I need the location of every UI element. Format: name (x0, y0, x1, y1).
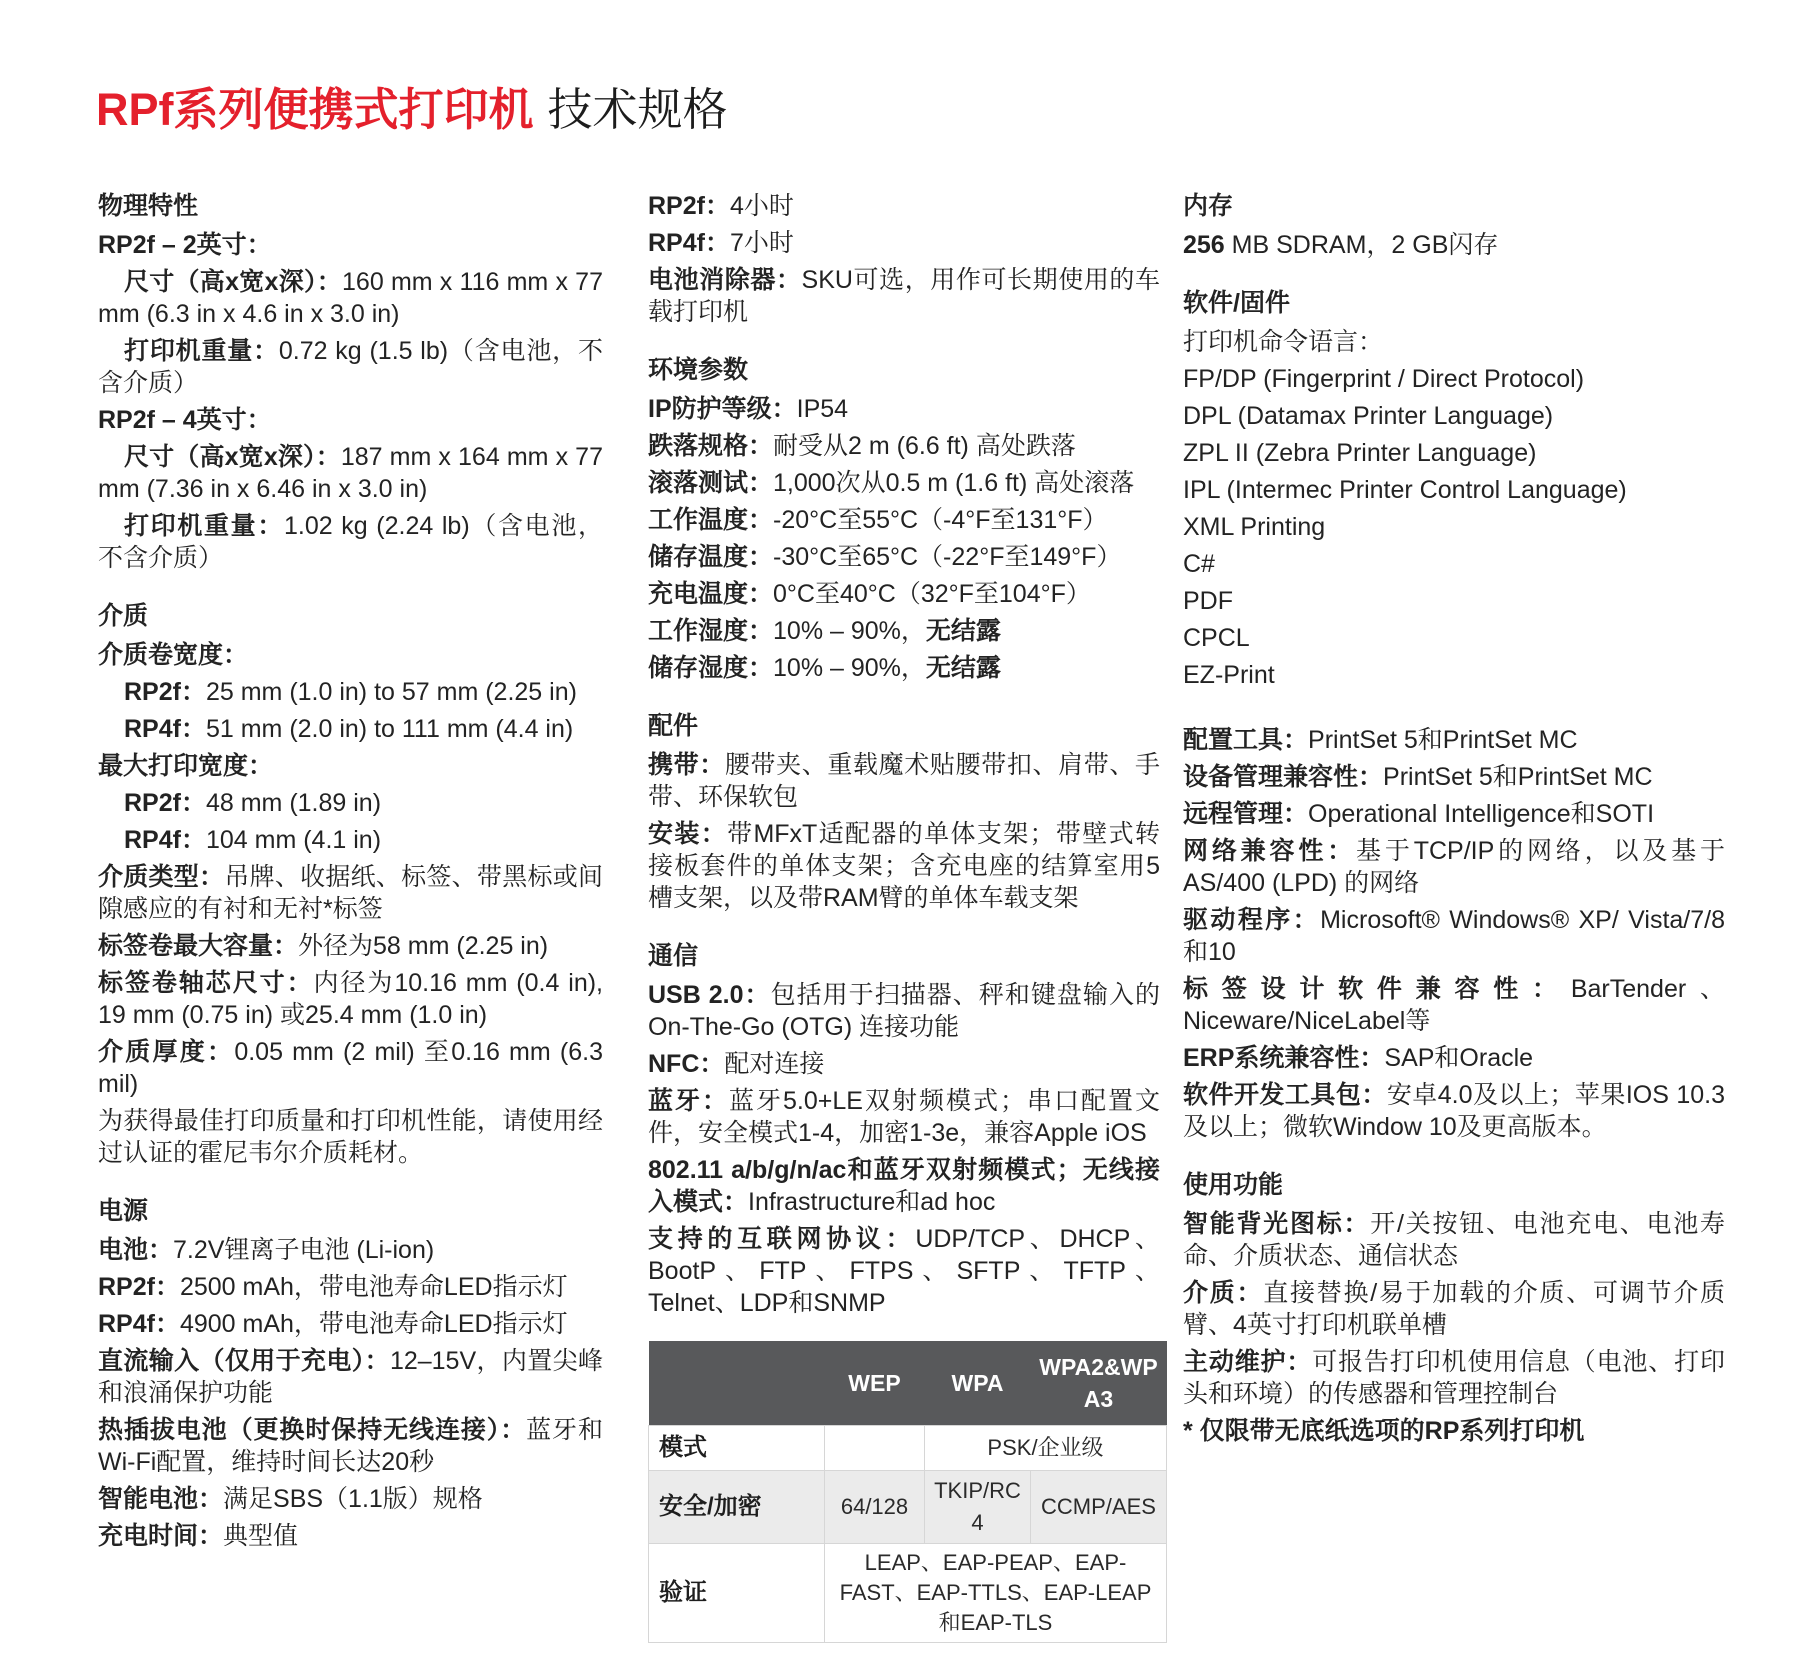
table-body: 模式PSK/企业级安全/加密64/128TKIP/RC4CCMP/AES验证LE… (649, 1426, 1167, 1643)
spec-value: FP/DP (Fingerprint / Direct Protocol) (1183, 365, 1584, 393)
spec-label: 直流输入（仅用于充电）： (98, 1347, 390, 1375)
spec-item: 蓝牙：蓝牙5.0+LE双射频模式；串口配置文件，安全模式1-4，加密1-3e，兼… (648, 1085, 1160, 1149)
column-right: 内存256 MB SDRAM，2 GB闪存软件/固件打印机命令语言：FP/DP … (1183, 190, 1725, 1452)
spec-label: 电池： (98, 1236, 173, 1264)
spec-label: RP2f： (98, 1273, 180, 1301)
spec-label: 介质厚度： (98, 1038, 234, 1066)
table-header-cell: WEP (825, 1341, 925, 1426)
spec-item: 电池消除器：SKU可选，用作可长期使用的车载打印机 (648, 264, 1160, 328)
spec-item: 尺寸（高x宽x深）：160 mm x 116 mm x 77 mm (6.3 i… (98, 266, 603, 330)
spec-label: 电池消除器： (648, 266, 802, 294)
spec-item: 介质卷宽度： (98, 639, 603, 671)
spec-item: EZ-Print (1183, 659, 1725, 691)
spec-item: IP防护等级：IP54 (648, 393, 1160, 425)
spec-value: DPL (Datamax Printer Language) (1183, 402, 1553, 430)
spec-item: 跌落规格：耐受从2 m (6.6 ft) 高处跌落 (648, 430, 1160, 462)
spec-value: 10% – 90%， (773, 617, 926, 645)
table-head: WEPWPAWPA2&WPA3 (649, 1341, 1167, 1426)
spec-item: 介质：直接替换/易于加载的介质、可调节介质臂、4英寸打印机联单槽 (1183, 1277, 1725, 1341)
spec-item: RP4f：4900 mAh，带电池寿命LED指示灯 (98, 1308, 603, 1340)
spec-value: 7.2V锂离子电池 (Li-ion) (173, 1236, 434, 1264)
spec-item: 802.11 a/b/g/n/ac和蓝牙双射频模式；无线接入模式：Infrast… (648, 1154, 1160, 1218)
spec-label: 安装： (648, 820, 727, 848)
spec-label: 网络兼容性： (1183, 837, 1356, 865)
spec-label: 充电温度： (648, 580, 773, 608)
spec-label: 介质类型： (98, 863, 224, 891)
spec-label: RP4f： (648, 229, 730, 257)
spec-label: RP2f – 4英寸： (98, 406, 272, 434)
spec-item: 滚落测试：1,000次从0.5 m (1.6 ft) 高处滚落 (648, 467, 1160, 499)
spec-item: 标签设计软件兼容性：BarTender、Niceware/NiceLabel等 (1183, 973, 1725, 1037)
spec-item: 设备管理兼容性：PrintSet 5和PrintSet MC (1183, 761, 1725, 793)
table-header-row: WEPWPAWPA2&WPA3 (649, 1341, 1167, 1426)
spec-value: Infrastructure和ad hoc (748, 1188, 995, 1216)
section-heading: 内存 (1183, 190, 1725, 222)
spec-label: 充电时间： (98, 1522, 223, 1550)
spec-item: 打印机重量：0.72 kg (1.5 lb)（含电池，不含介质） (98, 335, 603, 399)
spec-item: 软件开发工具包：安卓4.0及以上；苹果IOS 10.3及以上；微软Window … (1183, 1079, 1725, 1143)
spacer (1183, 696, 1725, 724)
spec-value: 配对连接 (724, 1050, 824, 1078)
spec-item: FP/DP (Fingerprint / Direct Protocol) (1183, 363, 1725, 395)
spec-item: CPCL (1183, 622, 1725, 654)
spec-value: 10% – 90%， (773, 654, 926, 682)
spec-value: 104 mm (4.1 in) (206, 826, 381, 854)
spec-label: 设备管理兼容性： (1183, 763, 1383, 791)
spec-value: 打印机命令语言： (1183, 328, 1383, 356)
spec-item: 携带：腰带夹、重载魔术贴腰带扣、肩带、手带、环保软包 (648, 749, 1160, 813)
spec-label: 配置工具： (1183, 726, 1308, 754)
spec-value: CPCL (1183, 624, 1250, 652)
spec-label: RP4f： (124, 826, 206, 854)
spec-label: NFC： (648, 1050, 724, 1078)
section-heading: 物理特性 (98, 190, 603, 222)
table-header-cell (649, 1341, 825, 1426)
spec-item: 工作温度：-20°C至55°C（-4°F至131°F） (648, 504, 1160, 536)
section-heading: 软件/固件 (1183, 287, 1725, 319)
spec-label: * 仅限带无底纸选项的RP系列打印机 (1183, 1417, 1584, 1445)
table-cell: CCMP/AES (1031, 1471, 1167, 1544)
page-title-suffix: 技术规格 (548, 84, 728, 135)
spec-item: 网络兼容性：基于TCP/IP的网络，以及基于AS/400 (LPD) 的网络 (1183, 835, 1725, 899)
spec-label: 标签设计软件兼容性： (1183, 975, 1571, 1003)
table-cell: PSK/企业级 (925, 1426, 1167, 1471)
spec-item: RP4f：51 mm (2.0 in) to 111 mm (4.4 in) (98, 713, 603, 745)
table-row-label: 安全/加密 (649, 1471, 825, 1544)
spec-value: PDF (1183, 587, 1233, 615)
spec-label: 驱动程序： (1183, 906, 1320, 934)
spec-label: RP2f – 2英寸： (98, 231, 272, 259)
spec-label: 滚落测试： (648, 469, 773, 497)
spec-value: 直接替换/易于加载的介质、可调节介质臂、4英寸打印机联单槽 (1183, 1279, 1725, 1339)
spec-item: 热插拔电池（更换时保持无线连接）：蓝牙和Wi-Fi配置，维持时间长达20秒 (98, 1414, 603, 1478)
table-row: 安全/加密64/128TKIP/RC4CCMP/AES (649, 1471, 1167, 1544)
spec-value: 腰带夹、重载魔术贴腰带扣、肩带、手带、环保软包 (648, 751, 1160, 811)
spec-label: 打印机重量： (124, 337, 279, 365)
spec-value: 51 mm (2.0 in) to 111 mm (4.4 in) (206, 715, 573, 743)
column-middle: RP2f：4小时RP4f：7小时电池消除器：SKU可选，用作可长期使用的车载打印… (648, 190, 1160, 1643)
spec-item: 介质类型：吊牌、收据纸、标签、带黑标或间隙感应的有衬和无衬*标签 (98, 861, 603, 925)
spec-label: 尺寸（高x宽x深）： (124, 443, 341, 471)
section-heading: 使用功能 (1183, 1169, 1725, 1201)
spec-item: 最大打印宽度： (98, 750, 603, 782)
spec-value: 耐受从2 m (6.6 ft) 高处跌落 (773, 432, 1076, 460)
spec-label: 支持的互联网协议： (648, 1225, 915, 1253)
spec-label: RP4f： (124, 715, 206, 743)
spec-item: 储存湿度：10% – 90%，无结露 (648, 652, 1160, 684)
spec-item: 打印机重量：1.02 kg (2.24 lb)（含电池，不含介质） (98, 510, 603, 574)
spec-item: RP2f：48 mm (1.89 in) (98, 787, 603, 819)
table-cell: 64/128 (825, 1471, 925, 1544)
spec-label: 智能背光图标： (1183, 1210, 1370, 1238)
spec-label: 主动维护： (1183, 1348, 1312, 1376)
spec-value: -30°C至65°C（-22°F至149°F） (773, 543, 1121, 571)
spec-item: 打印机命令语言： (1183, 326, 1725, 358)
spec-item: 远程管理：Operational Intelligence和SOTI (1183, 798, 1725, 830)
spec-label: 工作湿度： (648, 617, 773, 645)
spec-value: MB SDRAM，2 GB闪存 (1225, 231, 1499, 259)
spec-item: 充电温度：0°C至40°C（32°F至104°F） (648, 578, 1160, 610)
spec-value: ZPL II (Zebra Printer Language) (1183, 439, 1536, 467)
spec-value: C# (1183, 550, 1215, 578)
spec-item: RP2f：4小时 (648, 190, 1160, 222)
spec-label: 无结露 (926, 617, 1001, 645)
spec-label: 工作温度： (648, 506, 773, 534)
table-row: 模式PSK/企业级 (649, 1426, 1167, 1471)
spec-label: 打印机重量： (124, 512, 284, 540)
table-header-cell: WPA2&WPA3 (1031, 1341, 1167, 1426)
section-heading: 环境参数 (648, 354, 1160, 386)
spec-value: 外径为58 mm (2.25 in) (298, 932, 548, 960)
spec-item: RP2f – 4英寸： (98, 404, 603, 436)
spec-label: 储存湿度： (648, 654, 773, 682)
spec-item: * 仅限带无底纸选项的RP系列打印机 (1183, 1415, 1725, 1447)
spec-value: 4小时 (730, 192, 794, 220)
spec-label: 携带： (648, 751, 725, 779)
spec-item: 配置工具：PrintSet 5和PrintSet MC (1183, 724, 1725, 756)
spec-value: SAP和Oracle (1384, 1044, 1533, 1072)
spec-value: IPL (Intermec Printer Control Language) (1183, 476, 1627, 504)
spec-value: EZ-Print (1183, 661, 1275, 689)
spec-label: RP2f： (648, 192, 730, 220)
spec-label: RP4f： (98, 1310, 180, 1338)
spec-value: 0°C至40°C（32°F至104°F） (773, 580, 1091, 608)
spec-item: RP2f – 2英寸： (98, 229, 603, 261)
spec-item: RP2f：2500 mAh，带电池寿命LED指示灯 (98, 1271, 603, 1303)
spec-value: 2500 mAh，带电池寿命LED指示灯 (180, 1273, 568, 1301)
spec-item: 安装：带MFxT适配器的单体支架；带壁式转接板套件的单体支架；含充电座的结算室用… (648, 818, 1160, 914)
spec-label: IP防护等级： (648, 395, 797, 423)
spec-label: 跌落规格： (648, 432, 773, 460)
spec-label: 尺寸（高x宽x深）： (124, 268, 342, 296)
table-row: 验证LEAP、EAP-PEAP、EAP-FAST、EAP-TTLS、EAP-LE… (649, 1544, 1167, 1643)
spec-item: 支持的互联网协议：UDP/TCP、DHCP、BootP、FTP、FTPS、SFT… (648, 1223, 1160, 1319)
spec-value: PrintSet 5和PrintSet MC (1383, 763, 1653, 791)
spec-value: 7小时 (730, 229, 794, 257)
spec-item: 主动维护：可报告打印机使用信息（电池、打印头和环境）的传感器和管理控制台 (1183, 1346, 1725, 1410)
spec-label: 介质卷宽度： (98, 641, 248, 669)
spec-label: USB 2.0： (648, 981, 771, 1009)
spec-label: 软件开发工具包： (1183, 1081, 1387, 1109)
spec-value: 4900 mAh，带电池寿命LED指示灯 (180, 1310, 568, 1338)
spec-item: ZPL II (Zebra Printer Language) (1183, 437, 1725, 469)
spec-item: 储存温度：-30°C至65°C（-22°F至149°F） (648, 541, 1160, 573)
wifi-security-table: WEPWPAWPA2&WPA3模式PSK/企业级安全/加密64/128TKIP/… (648, 1341, 1167, 1643)
table-header-cell: WPA (925, 1341, 1031, 1426)
spec-label: RP2f： (124, 678, 206, 706)
spec-item: 直流输入（仅用于充电）：12–15V，内置尖峰和浪涌保护功能 (98, 1345, 603, 1409)
section-heading: 配件 (648, 710, 1160, 742)
column-left: 物理特性RP2f – 2英寸：尺寸（高x宽x深）：160 mm x 116 mm… (98, 190, 603, 1557)
table-cell (825, 1426, 925, 1471)
spec-item: 智能背光图标：开/关按钮、电池充电、电池寿命、介质状态、通信状态 (1183, 1208, 1725, 1272)
page-title-product: RPf系列便携式打印机 (96, 84, 534, 135)
spec-value: 1,000次从0.5 m (1.6 ft) 高处滚落 (773, 469, 1134, 497)
spec-item: RP4f：7小时 (648, 227, 1160, 259)
section-heading: 通信 (648, 940, 1160, 972)
spec-item: XML Printing (1183, 511, 1725, 543)
spec-label: 蓝牙： (648, 1087, 729, 1115)
spec-item: 256 MB SDRAM，2 GB闪存 (1183, 229, 1725, 261)
spec-label: 智能电池： (98, 1485, 223, 1513)
spec-label: 256 (1183, 231, 1225, 259)
spec-item: DPL (Datamax Printer Language) (1183, 400, 1725, 432)
spec-label: 远程管理： (1183, 800, 1308, 828)
spec-label: 标签卷最大容量： (98, 932, 298, 960)
spec-value: IP54 (797, 395, 848, 423)
spec-label: 介质： (1183, 1279, 1263, 1307)
table-cell: LEAP、EAP-PEAP、EAP-FAST、EAP-TTLS、EAP-LEAP… (825, 1544, 1167, 1643)
spec-label: 无结露 (926, 654, 1001, 682)
spec-item: 充电时间：典型值 (98, 1520, 603, 1552)
spec-item: RP4f：104 mm (4.1 in) (98, 824, 603, 856)
table-row-label: 验证 (649, 1544, 825, 1643)
spec-item: RP2f：25 mm (1.0 in) to 57 mm (2.25 in) (98, 676, 603, 708)
spec-item: NFC：配对连接 (648, 1048, 1160, 1080)
spec-label: ERP系统兼容性： (1183, 1044, 1384, 1072)
spec-item: 介质厚度：0.05 mm (2 mil) 至0.16 mm (6.3 mil) (98, 1036, 603, 1100)
spec-label: 热插拔电池（更换时保持无线连接）： (98, 1416, 526, 1444)
spec-label: 最大打印宽度： (98, 752, 273, 780)
spec-item: 智能电池：满足SBS（1.1版）规格 (98, 1483, 603, 1515)
spec-value: 25 mm (1.0 in) to 57 mm (2.25 in) (206, 678, 577, 706)
spec-item: 标签卷轴芯尺寸：内径为10.16 mm (0.4 in), 19 mm (0.7… (98, 967, 603, 1031)
spec-value: XML Printing (1183, 513, 1325, 541)
spec-label: RP2f： (124, 789, 206, 817)
spec-item: C# (1183, 548, 1725, 580)
spec-item: IPL (Intermec Printer Control Language) (1183, 474, 1725, 506)
spec-value: PrintSet 5和PrintSet MC (1308, 726, 1578, 754)
spec-item: 工作湿度：10% – 90%，无结露 (648, 615, 1160, 647)
spec-item: 标签卷最大容量：外径为58 mm (2.25 in) (98, 930, 603, 962)
spec-label: 储存温度： (648, 543, 773, 571)
spec-item: USB 2.0：包括用于扫描器、秤和键盘输入的On-The-Go (OTG) 连… (648, 979, 1160, 1043)
spec-item: 尺寸（高x宽x深）：187 mm x 164 mm x 77 mm (7.36 … (98, 441, 603, 505)
spec-value: Operational Intelligence和SOTI (1308, 800, 1654, 828)
section-heading: 电源 (98, 1195, 603, 1227)
spec-item: ERP系统兼容性：SAP和Oracle (1183, 1042, 1725, 1074)
table-cell: TKIP/RC4 (925, 1471, 1031, 1544)
spec-value: 满足SBS（1.1版）规格 (223, 1485, 483, 1513)
spec-value: 为获得最佳打印质量和打印机性能，请使用经过认证的霍尼韦尔介质耗材。 (98, 1107, 603, 1167)
spec-value: 48 mm (1.89 in) (206, 789, 381, 817)
section-heading: 介质 (98, 600, 603, 632)
spec-item: 电池：7.2V锂离子电池 (Li-ion) (98, 1234, 603, 1266)
spec-value: 典型值 (223, 1522, 298, 1550)
table-row-label: 模式 (649, 1426, 825, 1471)
spec-item: 驱动程序：Microsoft® Windows® XP/ Vista/7/8和1… (1183, 904, 1725, 968)
page-title: RPf系列便携式打印机技术规格 (96, 84, 728, 136)
spec-sheet-page: { "title": { "red": "RPf系列便携式打印机", "blac… (0, 0, 1794, 1655)
spec-item: PDF (1183, 585, 1725, 617)
spec-value: -20°C至55°C（-4°F至131°F） (773, 506, 1108, 534)
spec-item: 为获得最佳打印质量和打印机性能，请使用经过认证的霍尼韦尔介质耗材。 (98, 1105, 603, 1169)
spec-label: 标签卷轴芯尺寸： (98, 969, 314, 997)
